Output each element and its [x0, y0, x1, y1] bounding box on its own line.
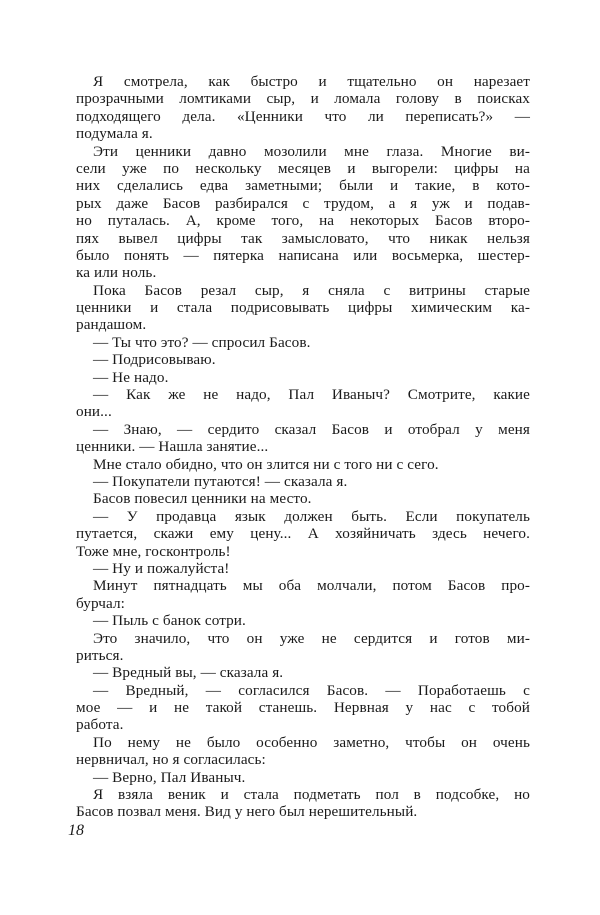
text-line: рых даже Басов разбирался с трудом, а я …	[76, 195, 530, 212]
text-line: было понять — пятерка написана или восьм…	[76, 247, 530, 264]
text-line: рандашом.	[76, 316, 530, 333]
text-line: — Ну и пожалуйста!	[76, 560, 530, 577]
text-line: — Подрисовываю.	[76, 351, 530, 368]
text-line: ка или ноль.	[76, 264, 530, 281]
text-line: — Вредный вы, — сказала я.	[76, 664, 530, 681]
text-line: них сделались едва заметными; были и так…	[76, 177, 530, 194]
text-line: — Ты что это? — спросил Басов.	[76, 334, 530, 351]
text-line: — Пыль с банок сотри.	[76, 612, 530, 629]
text-line: сели уже по нескольку месяцев и выгорели…	[76, 160, 530, 177]
text-line: — Знаю, — сердито сказал Басов и отобрал…	[76, 421, 530, 438]
text-line: но путалась. А, кроме того, на некоторых…	[76, 212, 530, 229]
text-line: По нему не было особенно заметно, чтобы …	[76, 734, 530, 751]
text-line: — Верно, Пал Иваныч.	[76, 769, 530, 786]
text-line: — Покупатели путаются! — сказала я.	[76, 473, 530, 490]
text-line: мое — и не такой станешь. Нервная у нас …	[76, 699, 530, 716]
text-line: — Не надо.	[76, 369, 530, 386]
text-line: подумала я.	[76, 125, 530, 142]
text-line: они...	[76, 403, 530, 420]
text-line: нервничал, но я согласилась:	[76, 751, 530, 768]
text-line: Я взяла веник и стала подметать пол в по…	[76, 786, 530, 803]
text-line: Пока Басов резал сыр, я сняла с витрины …	[76, 282, 530, 299]
text-line: Это значило, что он уже не сердится и го…	[76, 630, 530, 647]
text-line: Эти ценники давно мозолили мне глаза. Мн…	[76, 143, 530, 160]
text-line: риться.	[76, 647, 530, 664]
text-line: бурчал:	[76, 595, 530, 612]
text-line: Минут пятнадцать мы оба молчали, потом Б…	[76, 577, 530, 594]
page-number: 18	[68, 822, 84, 840]
text-line: путается, скажи ему цену... А хозяйничат…	[76, 525, 530, 542]
text-line: ценники и стала подрисовывать цифры хими…	[76, 299, 530, 316]
text-line: ценники. — Нашла занятие...	[76, 438, 530, 455]
text-line: Тоже мне, госконтроль!	[76, 543, 530, 560]
text-line: прозрачными ломтиками сыр, и ломала голо…	[76, 90, 530, 107]
text-line: — Как же не надо, Пал Иваныч? Смотрите, …	[76, 386, 530, 403]
text-line: Мне стало обидно, что он злится ни с тог…	[76, 456, 530, 473]
text-line: пях вывел цифры так замысловато, что ник…	[76, 230, 530, 247]
text-line: — Вредный, — согласился Басов. — Поработ…	[76, 682, 530, 699]
text-line: Я смотрела, как быстро и тщательно он на…	[76, 73, 530, 90]
text-line: работа.	[76, 716, 530, 733]
page-text-block: Я смотрела, как быстро и тщательно он на…	[76, 73, 530, 821]
text-line: подходящего дела. «Ценники что ли перепи…	[76, 108, 530, 125]
text-line: Басов повесил ценники на место.	[76, 490, 530, 507]
text-line: Басов позвал меня. Вид у него был нереши…	[76, 803, 530, 820]
text-line: — У продавца язык должен быть. Если поку…	[76, 508, 530, 525]
